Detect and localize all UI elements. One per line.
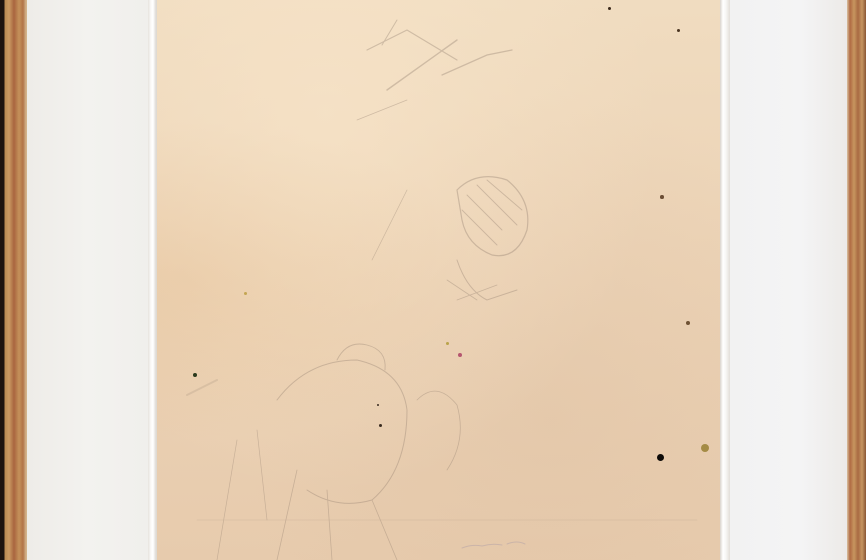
speck [608,7,611,10]
upper-diagonal-strokes [357,20,512,120]
gilded-frame-right [847,0,866,560]
pencil-sketch [157,0,720,560]
artwork-paper [157,0,720,560]
gilded-frame-left [0,0,27,560]
upper-figure-head [372,177,528,300]
signature-inscription [462,542,525,548]
speck [657,454,664,461]
speck [244,292,247,295]
speck [677,29,680,32]
speck [379,424,382,427]
speck [701,444,709,452]
lower-seated-figure [187,344,697,560]
speck [446,342,449,345]
mat-bevel-right [720,0,730,560]
mat-right [730,0,848,560]
speck [458,353,462,357]
mat-left [27,0,148,560]
speck [660,195,664,199]
speck [193,373,197,377]
mat-bevel-left [148,0,157,560]
